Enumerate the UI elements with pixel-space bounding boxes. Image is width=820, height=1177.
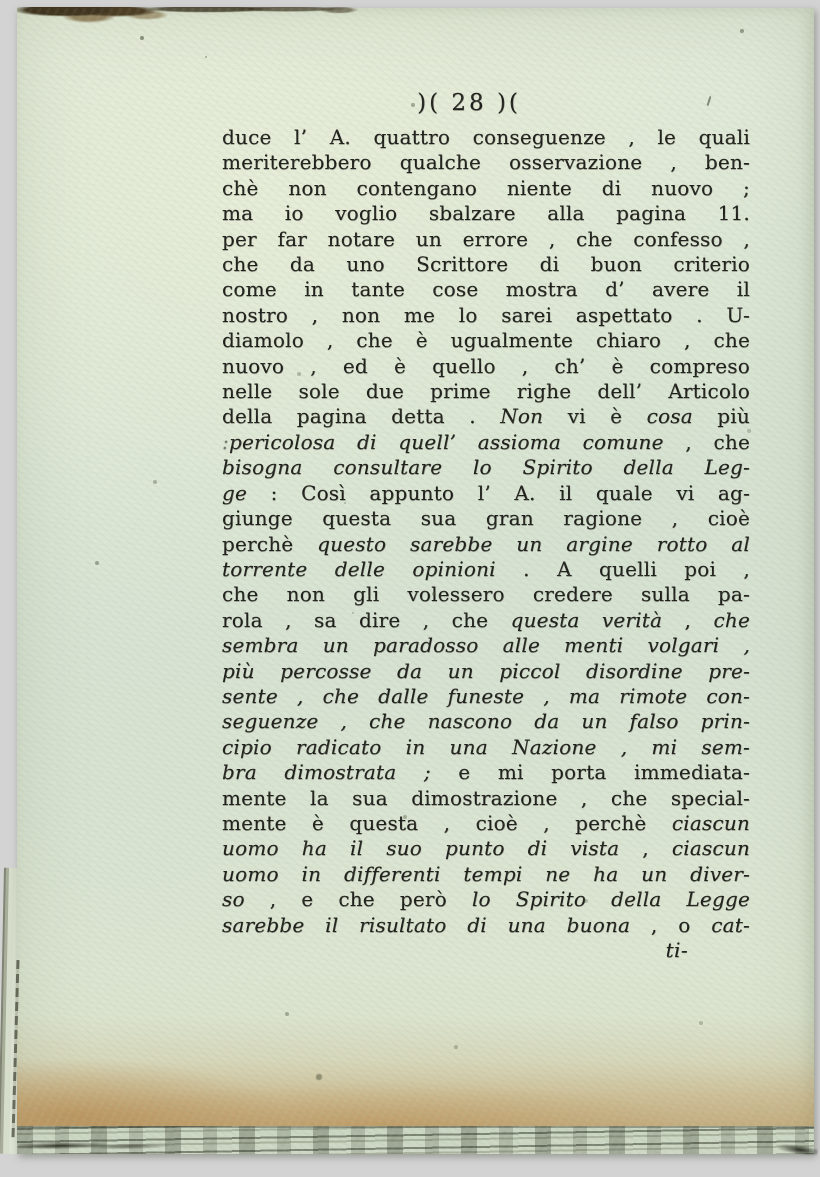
- text-line: come in tante cose mostra d’ avere il: [222, 277, 750, 302]
- text-line: chè non contengano niente di nuovo ;: [222, 176, 750, 201]
- text-line: bisogna consultare lo Spirito della Leg-: [222, 455, 750, 480]
- text-line: seguenze , che nascono da un falso prin-: [222, 709, 750, 734]
- text-line: sente , che dalle funeste , ma rimote co…: [222, 684, 750, 709]
- bottom-fray-left: [18, 1137, 178, 1154]
- bottom-stain: [17, 1016, 814, 1132]
- text-line: più percosse da un piccol disordine pre-: [222, 659, 750, 684]
- text-line: torrente delle opinioni . A quelli poi ,: [222, 557, 750, 582]
- text-line: perchè questo sarebbe un argine rotto al: [222, 532, 750, 557]
- catchword: ti-: [222, 938, 750, 963]
- text-line: uomo ha il suo punto di vista , ciascun: [222, 836, 750, 861]
- text-line: sarebbe il risultato di una buona , o ca…: [222, 913, 750, 938]
- text-line: rola , sa dire , che questa verità , che: [222, 608, 750, 633]
- text-line: sembra un paradosso alle menti volgari ,: [222, 633, 750, 658]
- text-line: che da uno Scrittore di buon criterio: [222, 252, 750, 277]
- text-line: per far notare un errore , che confesso …: [222, 227, 750, 252]
- text-line: uomo in differenti tempi ne ha un diver-: [222, 862, 750, 887]
- page-number-header: )( 28 )(: [205, 90, 733, 116]
- scanned-book-page: )( 28 )( duce l’ A. quattro conseguenze …: [0, 0, 820, 1177]
- text-line: mente la sua dimostrazione , che special…: [222, 786, 750, 811]
- text-line: giunge questa sua gran ragione , cioè: [222, 506, 750, 531]
- paper-sheet: )( 28 )( duce l’ A. quattro conseguenze …: [17, 8, 814, 1154]
- text-block: duce l’ A. quattro conseguenze , le qual…: [222, 125, 750, 938]
- torn-edge-top: [17, 7, 362, 27]
- paper-specks: [0, 0, 2, 2]
- text-line: cipio radicato in una Nazione , mi sem-: [222, 735, 750, 760]
- text-line: nelle sole due prime righe dell’ Articol…: [222, 379, 750, 404]
- text-line: ma io voglio sbalzare alla pagina 11.: [222, 201, 750, 226]
- text-line: meriterebbero qualche osservazione , ben…: [222, 150, 750, 175]
- text-line: ge : Così appunto l’ A. il quale vi ag-: [222, 481, 750, 506]
- text-line: mente è questa , cioè , perchè ciascun: [222, 811, 750, 836]
- text-line: duce l’ A. quattro conseguenze , le qual…: [222, 125, 750, 150]
- text-line: nuovo , ed è quello , ch’ è compreso: [222, 354, 750, 379]
- text-line: nostro , non me lo sarei aspettato . U-: [222, 303, 750, 328]
- text-line: della pagina detta . Non vi è cosa più: [222, 404, 750, 429]
- text-line: diamolo , che è ugualmente chiaro , che: [222, 328, 750, 353]
- text-line: :pericolosa di quell’ assioma comune , c…: [222, 430, 750, 455]
- text-line: so , e che però lo Spirito della Legge: [222, 887, 750, 912]
- text-line: bra dimostrata ; e mi porta immediata-: [222, 760, 750, 785]
- text-line: che non gli volessero credere sulla pa-: [222, 582, 750, 607]
